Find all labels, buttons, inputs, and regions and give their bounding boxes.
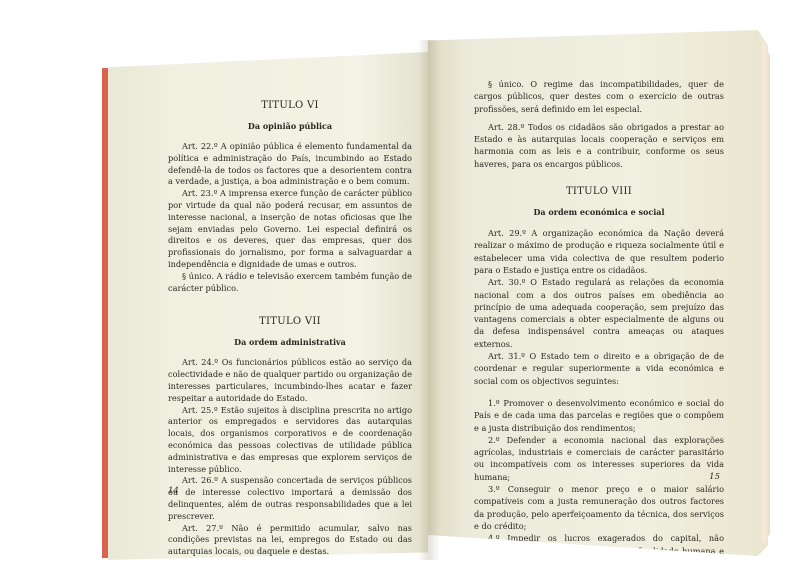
- list-item: 4.º Impedir os lucros exagerados do capi…: [474, 532, 724, 569]
- section-title: TITULO VII: [168, 316, 412, 327]
- spacer: [474, 387, 724, 397]
- section-subtitle: Da opinião pública: [168, 121, 412, 131]
- book-gutter: [418, 40, 440, 560]
- page-number: 14: [168, 486, 179, 496]
- article-paragraph: Art. 24.º Os funcionários públicos estão…: [168, 357, 412, 404]
- article-paragraph: Art. 31.º O Estado tem o direito e a obr…: [474, 350, 724, 387]
- page-number: 15: [709, 472, 720, 482]
- article-paragraph: § único. A rádio e televisão exercem tam…: [168, 271, 412, 295]
- list-item: 2.º Defender a economia nacional das exp…: [474, 434, 724, 483]
- article-paragraph: Art. 29.º A organização económica da Naç…: [474, 227, 724, 276]
- article-paragraph: Art. 26.º A suspensão concertada de serv…: [168, 475, 412, 522]
- article-paragraph: Art. 25.º Estão sujeitos à disciplina pr…: [168, 405, 412, 476]
- article-paragraph: Art. 23.º A imprensa exerce função de ca…: [168, 188, 412, 271]
- list-item: 1.º Promover o desenvolvimento económico…: [474, 397, 724, 434]
- article-paragraph: § único. O regime das incompatibilidades…: [474, 78, 724, 115]
- right-page: § único. O regime das incompatibilidades…: [428, 30, 768, 556]
- list-item: 3.º Conseguir o menor preço e o maior sa…: [474, 483, 724, 532]
- article-paragraph: Art. 28.º Todos os cidadãos são obrigado…: [474, 121, 724, 170]
- spacer: [474, 170, 724, 186]
- section-subtitle: Da ordem económica e social: [474, 207, 724, 217]
- article-paragraph: Art. 30.º O Estado regulará as relações …: [474, 276, 724, 350]
- section-title: TITULO VIII: [474, 186, 724, 197]
- article-paragraph: Art. 27.º Não é permitido acumular, salv…: [168, 523, 412, 558]
- spacer: [168, 294, 412, 316]
- left-page: TITULO VI Da opinião pública Art. 22.º A…: [108, 52, 428, 560]
- open-book: TITULO VI Da opinião pública Art. 22.º A…: [0, 0, 800, 587]
- section-subtitle: Da ordem administrativa: [168, 337, 412, 347]
- article-paragraph: Art. 22.º A opinião pública é elemento f…: [168, 141, 412, 188]
- page-edges: [760, 36, 770, 544]
- section-title: TITULO VI: [168, 100, 412, 111]
